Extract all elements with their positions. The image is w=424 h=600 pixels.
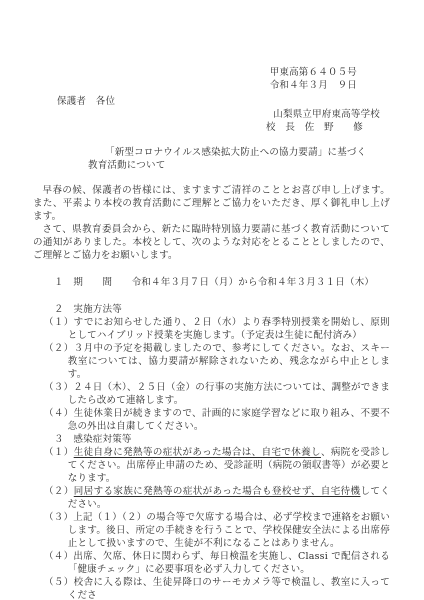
section3-item-4: （４）出席、欠席、休日に関わらず、毎日検温を実施し、Classi で配信される「… bbox=[33, 550, 390, 576]
section3-item-5: （５）校舎に入る際は、生徒昇降口のサーモカメラ等で検温し、教室に入ってくださ bbox=[33, 576, 390, 600]
section2-item-2: （２）３月中の予定を掲載しましたので、参考にしてください。なお、スキー教室につい… bbox=[33, 342, 390, 381]
underlined-text: 同居する家族に発熱等の症状があった場合も登校せず、自宅待機 bbox=[74, 486, 361, 497]
doc-title-line2: 教育活動について bbox=[33, 159, 390, 172]
intro: 早春の候、保護者の皆様には、ますますご清祥のこととお喜び申し上げます。また、平素… bbox=[33, 184, 390, 262]
section2-item-3: （３）２４日（木）、２５日（金）の行事の実施方法については、調整ができましたら改… bbox=[33, 381, 390, 407]
section3-item-3: （３）上記（１）（２）の場合等で欠席する場合は、必ず学校まで連絡をお願いします。… bbox=[33, 511, 390, 550]
doc-title: 「新型コロナウイルス感染拡大防止への協力要請」に基づく 教育活動について bbox=[33, 146, 390, 172]
section3-heading: ３ 感染症対策等 bbox=[33, 433, 390, 446]
section3-items: （１）生徒自身に発熱等の症状があった場合は、自宅で休養し、病院を受診してください… bbox=[33, 446, 390, 600]
section2-items: （１）すでにお知らせした通り、２日（水）より春季特別授業を開始し、原則としてハイ… bbox=[33, 316, 390, 433]
document-page: 甲東高第６４０５号 令和４年３月 ９日 保護者 各位 山梨県立甲府東高等学校 校… bbox=[0, 0, 424, 600]
intro-paragraph-1: 早春の候、保護者の皆様には、ますますご清祥のこととお喜び申し上げます。また、平素… bbox=[33, 184, 390, 223]
item-number: （１） bbox=[44, 447, 74, 458]
section3-item-1: （１）生徒自身に発熱等の症状があった場合は、自宅で休養し、病院を受診してください… bbox=[33, 446, 390, 485]
sender-school: 山梨県立甲府東高等学校 bbox=[33, 108, 390, 121]
underlined-text: 生徒自身に発熱等の症状があった場合は、自宅で休養し bbox=[74, 447, 321, 458]
section1-heading: １ 期 間 令和４年３月７日（月）から令和４年３月３１日（木） bbox=[33, 276, 390, 289]
section3-item-2: （２）同居する家族に発熱等の症状があった場合も登校せず、自宅待機してください。 bbox=[33, 485, 390, 511]
section2-item-1: （１）すでにお知らせした通り、２日（水）より春季特別授業を開始し、原則としてハイ… bbox=[33, 316, 390, 342]
doc-title-line1: 「新型コロナウイルス感染拡大防止への協力要請」に基づく bbox=[33, 146, 390, 159]
section2-item-4: （４）生徒休業日が続きますので、計画的に家庭学習などに取り組み、不要不急の外出は… bbox=[33, 407, 390, 433]
sender-principal: 校 長 佐 野 修 bbox=[33, 121, 390, 134]
doc-date: 令和４年３月 ９日 bbox=[33, 79, 390, 92]
section2-heading: ２ 実施方法等 bbox=[33, 303, 390, 316]
doc-number: 甲東高第６４０５号 bbox=[33, 66, 390, 79]
recipient: 保護者 各位 bbox=[33, 95, 390, 108]
item-number: （２） bbox=[44, 486, 74, 497]
intro-paragraph-2: さて、県教育委員会から、新たに臨時特別協力要請に基づく教育活動についての通知があ… bbox=[33, 223, 390, 262]
